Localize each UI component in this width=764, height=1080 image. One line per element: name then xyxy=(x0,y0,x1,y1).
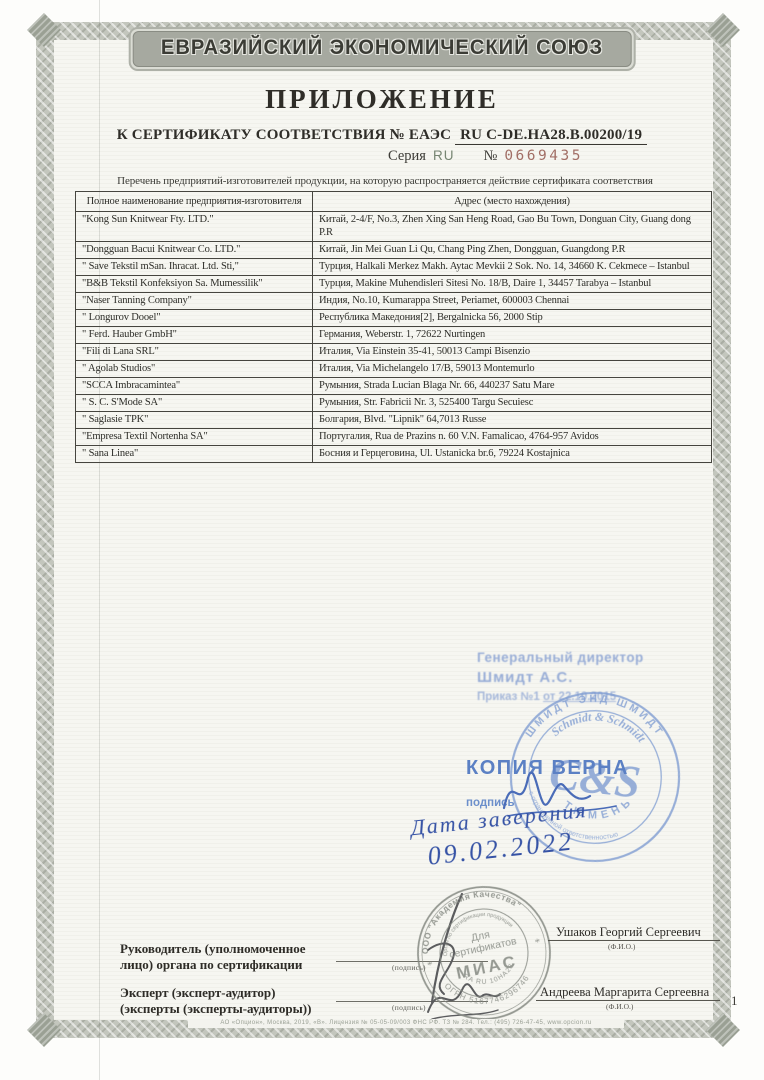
manufacturer-address: Индия, No.10, Kumarappa Street, Periamet… xyxy=(313,293,712,310)
manufacturer-address: Италия, Via Einstein 35-41, 50013 Campi … xyxy=(313,344,712,361)
blank-number: 0669435 xyxy=(504,148,583,164)
manufacturer-name: " Sana Linea" xyxy=(76,446,313,463)
table-row: "B&B Tekstil Konfeksiyon Sa. Mumessilik"… xyxy=(76,276,712,293)
manufacturer-name: " S. C. S'Mode SA" xyxy=(76,395,313,412)
table-row: " Saglasie TPK"Болгария, Blvd. "Lipnik" … xyxy=(76,412,712,429)
table-header-row: Полное наименование предприятия-изготови… xyxy=(76,192,712,212)
fio-caption: (Ф.И.О.) xyxy=(608,942,635,951)
table-header-name: Полное наименование предприятия-изготови… xyxy=(76,192,313,212)
manufacturer-name: " Agolab Studios" xyxy=(76,361,313,378)
certificate-number: RU C-DE.HA28.B.00200/19 xyxy=(455,127,647,145)
manufacturer-address: Португалия, Rua de Prazins n. 60 V.N. Fa… xyxy=(313,429,712,446)
scan-fold-line xyxy=(99,0,100,1080)
manufacturer-name: "Empresa Textil Nortenha SA" xyxy=(76,429,313,446)
manufacturer-address: Республика Македония[2], Bergalnicka 56,… xyxy=(313,310,712,327)
fio-caption: (Ф.И.О.) xyxy=(606,1002,633,1011)
table-row: "Fili di Lana SRL"Италия, Via Einstein 3… xyxy=(76,344,712,361)
eaeu-banner-text: ЕВРАЗИЙСКИЙ ЭКОНОМИЧЕСКИЙ СОЮЗ xyxy=(161,36,603,60)
intro-text: Перечень предприятий-изготовителей проду… xyxy=(60,175,710,187)
manufacturer-name: " Longurov Dooel" xyxy=(76,310,313,327)
manufacturer-address: Румыния, Strada Lucian Blaga Nr. 66, 440… xyxy=(313,378,712,395)
table-row: " Save Tekstil mSan. Ihracat. Ltd. Sti,"… xyxy=(76,259,712,276)
manufacturer-name: " Ferd. Hauber GmbH" xyxy=(76,327,313,344)
manufacturer-address: Румыния, Str. Fabricii Nr. 3, 525400 Tar… xyxy=(313,395,712,412)
name-underline xyxy=(536,1000,720,1001)
table-row: "Kong Sun Knitwear Fty. LTD."Китай, 2-4/… xyxy=(76,212,712,242)
expert-role-label: Эксперт (эксперт-аудитор) (эксперты (экс… xyxy=(120,985,311,1018)
table-header-address: Адрес (место нахождения) xyxy=(313,192,712,212)
page-number: 1 xyxy=(731,993,738,1009)
printer-imprint: АО «Опцион», Москва, 2019, «В». Лицензия… xyxy=(188,1019,624,1028)
subtitle-label: К СЕРТИФИКАТУ СООТВЕТСТВИЯ № ЕАЭС xyxy=(117,127,451,143)
manufacturer-address: Германия, Weberstr. 1, 72622 Nurtingen xyxy=(313,327,712,344)
table-row: "Naser Tanning Company"Индия, No.10, Kum… xyxy=(76,293,712,310)
stamp-star: * xyxy=(534,936,542,949)
table-row: "Empresa Textil Nortenha SA"Португалия, … xyxy=(76,429,712,446)
manufacturer-name: "Dongguan Bacui Knitwear Co. LTD." xyxy=(76,242,313,259)
table-row: " Longurov Dooel"Республика Македония[2]… xyxy=(76,310,712,327)
series-value: RU xyxy=(433,148,455,163)
manufacturer-address: Турция, Halkali Merkez Makh. Aytac Mevki… xyxy=(313,259,712,276)
manufacturer-name: "B&B Tekstil Konfeksiyon Sa. Mumessilik" xyxy=(76,276,313,293)
blank-series-row: Серия RU № 0669435 xyxy=(388,148,583,165)
manufacturer-name: " Saglasie TPK" xyxy=(76,412,313,429)
head-signatory-name: Ушаков Георгий Сергеевич xyxy=(556,925,701,940)
blank-number-label: № xyxy=(483,148,497,165)
manufacturer-address: Италия, Via Michelangelo 17/B, 59013 Mon… xyxy=(313,361,712,378)
table-row: " Sana Linea"Босния и Герцеговина, Ul. U… xyxy=(76,446,712,463)
manufacturer-name: "Fili di Lana SRL" xyxy=(76,344,313,361)
series-label: Серия xyxy=(388,148,426,165)
table-row: "Dongguan Bacui Knitwear Co. LTD."Китай,… xyxy=(76,242,712,259)
manufacturer-name: "Naser Tanning Company" xyxy=(76,293,313,310)
table-row: "SCCA Imbracamintea"Румыния, Strada Luci… xyxy=(76,378,712,395)
table-row: " S. C. S'Mode SA"Румыния, Str. Fabricii… xyxy=(76,395,712,412)
certification-body-stamp: ООО "Академия Качества" ОГРН 51677462967… xyxy=(401,870,567,1036)
manufacturers-table: Полное наименование предприятия-изготови… xyxy=(75,191,712,463)
manufacturer-address: Босния и Герцеговина, Ul. Ustanicka br.6… xyxy=(313,446,712,463)
expert-signatory-name: Андреева Маргарита Сергеевна xyxy=(540,985,709,1000)
manufacturer-address: Китай, 2-4/F, No.3, Zhen Xing San Heng R… xyxy=(313,212,712,242)
document-title: ПРИЛОЖЕНИЕ xyxy=(0,84,764,115)
head-role-label: Руководитель (уполномоченное лицо) орган… xyxy=(120,941,306,974)
manufacturer-address: Болгария, Blvd. "Lipnik" 64,7013 Russe xyxy=(313,412,712,429)
manufacturer-name: " Save Tekstil mSan. Ihracat. Ltd. Sti," xyxy=(76,259,313,276)
stamp-star: * xyxy=(426,959,434,972)
table-row: " Agolab Studios"Италия, Via Michelangel… xyxy=(76,361,712,378)
manufacturer-address: Китай, Jin Mei Guan Li Qu, Chang Ping Zh… xyxy=(313,242,712,259)
certificate-subtitle: К СЕРТИФИКАТУ СООТВЕТСТВИЯ № ЕАЭС RU C-D… xyxy=(0,127,764,144)
manufacturer-name: "SCCA Imbracamintea" xyxy=(76,378,313,395)
name-underline xyxy=(548,940,720,941)
table-row: " Ferd. Hauber GmbH"Германия, Weberstr. … xyxy=(76,327,712,344)
manufacturer-address: Турция, Makine Muhendisleri Sitesi No. 1… xyxy=(313,276,712,293)
manufacturer-name: "Kong Sun Knitwear Fty. LTD." xyxy=(76,212,313,242)
paper-area xyxy=(54,40,713,1020)
certificate-sheet: ЕВРАЗИЙСКИЙ ЭКОНОМИЧЕСКИЙ СОЮЗ ПРИЛОЖЕНИ… xyxy=(0,0,764,1080)
eaeu-banner: ЕВРАЗИЙСКИЙ ЭКОНОМИЧЕСКИЙ СОЮЗ xyxy=(129,27,636,71)
director-title: Генеральный директор xyxy=(477,650,644,665)
